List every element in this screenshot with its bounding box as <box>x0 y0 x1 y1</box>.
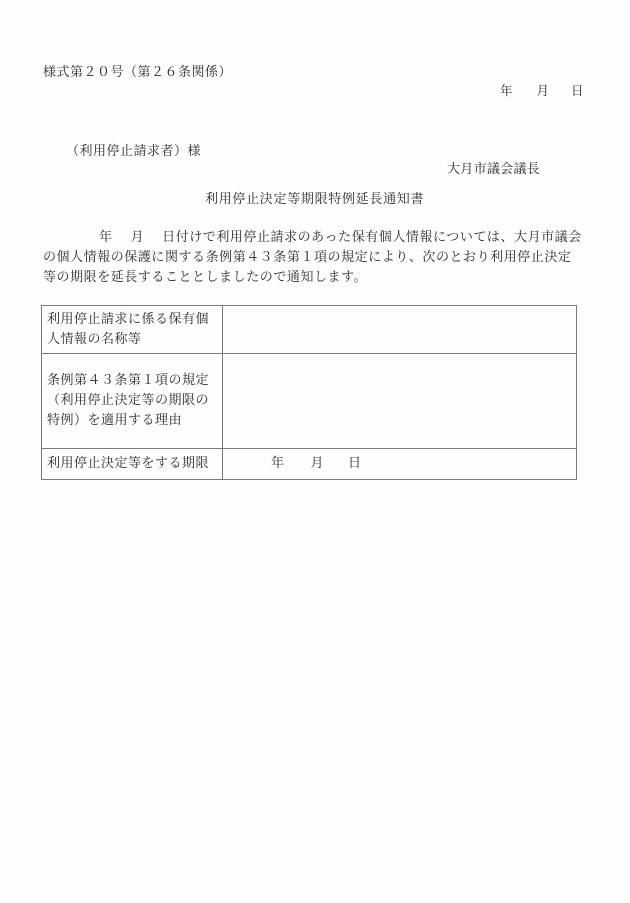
row-label-record-name: 利用停止請求に係る保有個 人情報の名称等 <box>42 306 223 354</box>
issue-date-year: 年 <box>500 85 513 98</box>
row-label-deadline: 利用停止決定等をする期限 <box>42 449 223 480</box>
deadline-month: 月 <box>311 454 325 474</box>
row-value-reason <box>223 354 577 449</box>
body-year: 年 <box>99 230 113 245</box>
row-value-deadline: 年月日 <box>223 449 577 480</box>
deadline-day: 日 <box>348 454 362 474</box>
issue-date-day: 日 <box>571 85 584 98</box>
issue-date: 年月日 <box>500 85 584 98</box>
body-paragraph: 年月日付けで利用停止請求のあった保有個人情報については、大月市議会 の個人情報の… <box>43 228 588 288</box>
body-line-1-text: 日付けで利用停止請求のあった保有個人情報については、大月市議会 <box>162 230 582 245</box>
table-row: 条例第４３条第１項の規定 （利用停止決定等の期限の 特例）を適用する理由 <box>42 354 577 449</box>
row-value-record-name <box>223 306 577 354</box>
table-row: 利用停止決定等をする期限 年月日 <box>42 449 577 480</box>
addressee: （利用停止請求者）様 <box>66 145 201 158</box>
table-row: 利用停止請求に係る保有個 人情報の名称等 <box>42 306 577 354</box>
sender: 大月市議会議長 <box>447 163 540 176</box>
issue-date-month: 月 <box>537 85 550 98</box>
info-table: 利用停止請求に係る保有個 人情報の名称等 条例第４３条第１項の規定 （利用停止決… <box>41 305 577 480</box>
deadline-year: 年 <box>271 454 285 474</box>
body-line-2: の個人情報の保護に関する条例第４３条第１項の規定により、次のとおり利用停止決定 <box>43 248 588 268</box>
body-line-3: 等の期限を延長することとしましたので通知します。 <box>43 268 588 288</box>
row-label-reason: 条例第４３条第１項の規定 （利用停止決定等の期限の 特例）を適用する理由 <box>42 354 223 449</box>
form-number: 様式第２０号（第２６条関係） <box>43 66 232 79</box>
document-title: 利用停止決定等期限特例延長通知書 <box>205 193 424 206</box>
deadline-date: 年月日 <box>228 454 362 474</box>
body-month: 月 <box>131 230 145 245</box>
body-line-1: 年月日付けで利用停止請求のあった保有個人情報については、大月市議会 <box>43 228 588 248</box>
